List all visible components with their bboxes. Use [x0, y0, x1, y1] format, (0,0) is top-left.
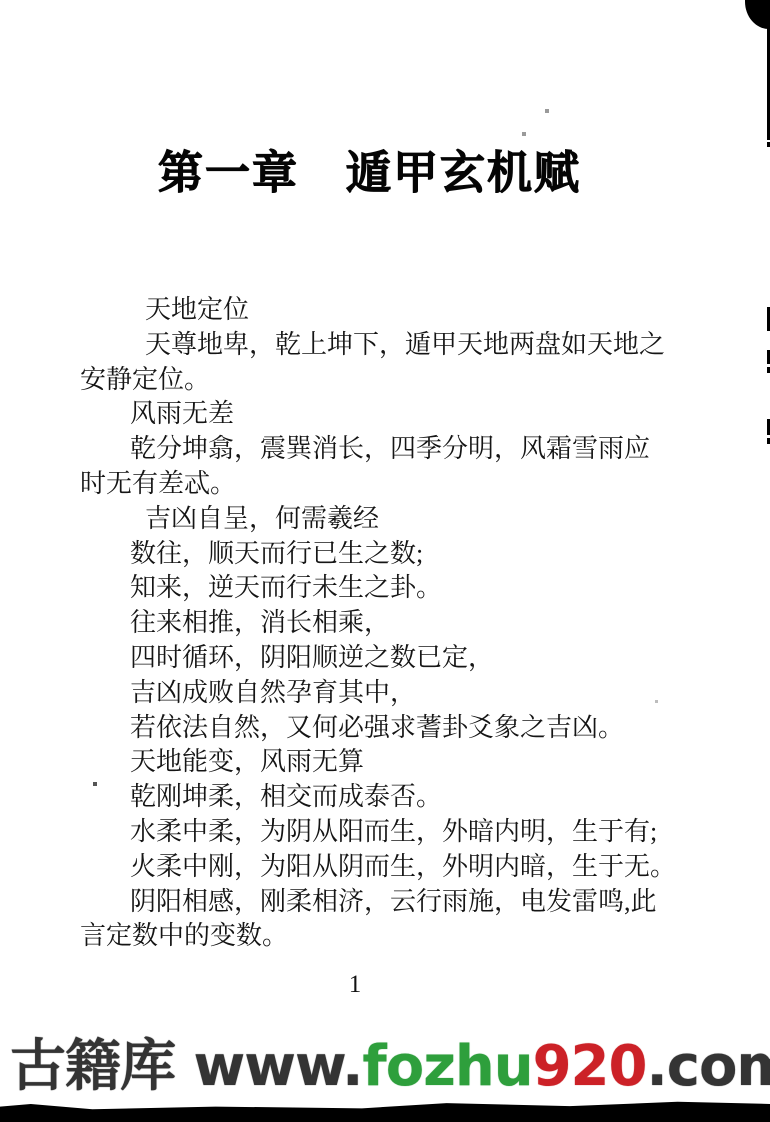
body-line: 吉凶成败自然孕育其中， — [130, 676, 700, 711]
body-line: 天地定位 — [145, 293, 700, 328]
scan-speck — [545, 109, 549, 113]
watermark-url-www: www. — [175, 1034, 362, 1099]
watermark-url-fozhu: fozhu — [362, 1034, 532, 1099]
scan-speck — [159, 517, 164, 519]
scan-speck — [93, 782, 97, 786]
body-line: 往来相推，消长相乘， — [130, 606, 700, 641]
scan-speck — [655, 700, 658, 703]
body-line: 数往，顺天而行已生之数; — [130, 537, 700, 572]
body-line: 乾刚坤柔，相交而成泰否。 — [130, 780, 700, 815]
body-line: 若依法自然，又何必强求蓍卦爻象之吉凶。 — [130, 711, 700, 746]
body-line: 四时循环，阴阳顺逆之数已定， — [130, 641, 700, 676]
watermark: 古籍库 www.fozhu920.com — [10, 1034, 770, 1104]
body-line: 知来，逆天而行未生之卦。 — [130, 571, 700, 606]
chapter-title: 第一章 遁甲玄机赋 — [158, 136, 718, 201]
body-line: 言定数中的变数。 — [80, 919, 700, 954]
body-line: 吉凶自呈，何需羲经 — [145, 502, 700, 537]
watermark-site-name: 古籍库 — [10, 1034, 175, 1099]
page-background: 第一章 遁甲玄机赋 天地定位 天尊地卑，乾上坤下，遁甲天地两盘如天地之 安静定位… — [0, 0, 770, 1122]
watermark-url-920: 920 — [533, 1034, 647, 1099]
body-line: 风雨无差 — [130, 397, 700, 432]
page-number: 1 — [330, 971, 380, 999]
body-line: 安静定位。 — [80, 363, 700, 398]
body-line: 天尊地卑，乾上坤下，遁甲天地两盘如天地之 — [145, 328, 700, 363]
body-line: 时无有差忒。 — [80, 467, 700, 502]
body-line: 阴阳相感，刚柔相济，云行雨施，电发雷鸣,此 — [130, 885, 700, 920]
body-line: 乾分坤翕，震巽消长，四季分明，风霜雪雨应 — [130, 432, 700, 467]
watermark-url-com: .com — [646, 1034, 770, 1099]
body-line: 水柔中柔，为阴从阳而生，外暗内明，生于有; — [130, 815, 700, 850]
body-line: 火柔中刚，为阳从阴而生，外明内暗，生于无。 — [130, 850, 700, 885]
scanned-book-page: { "page": { "title": "第一章 遁甲玄机赋", "page_… — [0, 0, 770, 1122]
body-text: 天地定位 天尊地卑，乾上坤下，遁甲天地两盘如天地之 安静定位。 风雨无差 乾分坤… — [80, 293, 700, 954]
scan-speck — [209, 517, 214, 519]
scan-speck — [522, 132, 526, 136]
body-line: 天地能变，风雨无算 — [130, 745, 700, 780]
